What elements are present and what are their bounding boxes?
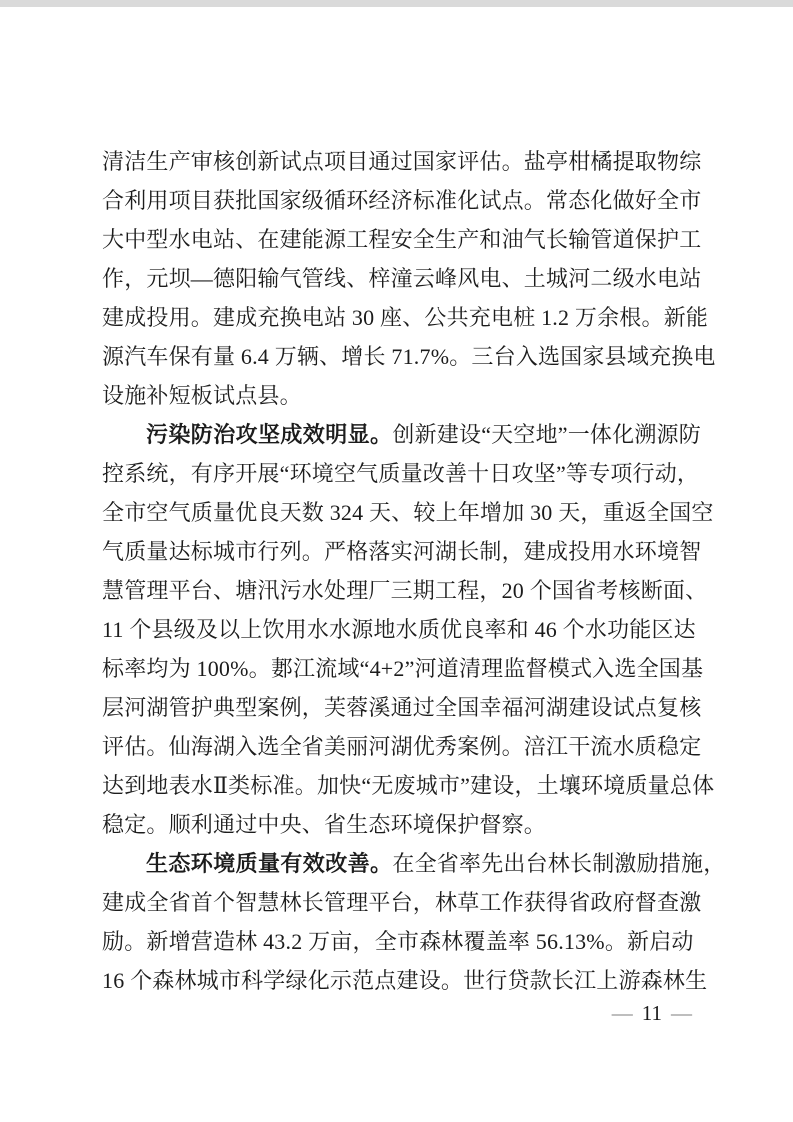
para-pollution-control: 污染防治攻坚成效明显。创新建设“天空地”一体化溯源防控系统，有序开展“环境空气质… [102,415,692,844]
text-line: 生态环境质量有效改善。在全省率先出台林长制激励措施， [102,844,692,883]
text-line: 达到地表水Ⅱ类标准。加快“无废城市”建设，土壤环境质量总体 [102,766,692,805]
text-line: 作，元坝—德阳输气管线、梓潼云峰风电、土城河二级水电站 [102,259,692,298]
text-line: 16 个森林城市科学绿化示范点建设。世行贷款长江上游森林生 [102,961,692,1000]
text-line: 标率均为 100%。郪江流域“4+2”河道清理监督模式入选全国基 [102,649,692,688]
text-line: 设施补短板试点县。 [102,376,692,415]
text-line: 气质量达标城市行列。严格落实河湖长制，建成投用水环境智 [102,532,692,571]
document-body: 清洁生产审核创新试点项目通过国家评估。盐亭柑橘提取物综合利用项目获批国家级循环经… [102,142,692,1000]
paragraph-lead: 污染防治攻坚成效明显。 [146,422,392,447]
page-footer: —11— [102,1001,692,1026]
text-line: 层河湖管护典型案例，芙蓉溪通过全国幸福河湖建设试点复核 [102,688,692,727]
text-line: 大中型水电站、在建能源工程安全生产和油气长输管道保护工 [102,220,692,259]
text-line: 污染防治攻坚成效明显。创新建设“天空地”一体化溯源防 [102,415,692,454]
page-number-dash-right: — [671,1001,692,1025]
text-line: 慧管理平台、塘汛污水处理厂三期工程，20 个国省考核断面、 [102,571,692,610]
text-line: 励。新增营造林 43.2 万亩，全市森林覆盖率 56.13%。新启动 [102,922,692,961]
document-page: 清洁生产审核创新试点项目通过国家评估。盐亭柑橘提取物综合利用项目获批国家级循环经… [0,0,793,1122]
text-line: 控系统，有序开展“环境空气质量改善十日攻坚”等专项行动， [102,454,692,493]
page-number-dash-left: — [612,1001,633,1025]
text-line: 全市空气质量优良天数 324 天、较上年增加 30 天，重返全国空 [102,493,692,532]
text-line: 源汽车保有量 6.4 万辆、增长 71.7%。三台入选国家县域充换电 [102,337,692,376]
page-top-edge [0,0,793,7]
text-line: 11 个县级及以上饮用水水源地水质优良率和 46 个水功能区达 [102,610,692,649]
para-green-energy-continued: 清洁生产审核创新试点项目通过国家评估。盐亭柑橘提取物综合利用项目获批国家级循环经… [102,142,692,415]
text-line: 评估。仙海湖入选全省美丽河湖优秀案例。涪江干流水质稳定 [102,727,692,766]
text-line: 建成投用。建成充换电站 30 座、公共充电桩 1.2 万余根。新能 [102,298,692,337]
text-line: 清洁生产审核创新试点项目通过国家评估。盐亭柑橘提取物综 [102,142,692,181]
text-line: 建成全省首个智慧林长管理平台，林草工作获得省政府督查激 [102,883,692,922]
paragraph-lead: 生态环境质量有效改善。 [146,851,392,876]
text-line: 合利用项目获批国家级循环经济标准化试点。常态化做好全市 [102,181,692,220]
text-line: 稳定。顺利通过中央、省生态环境保护督察。 [102,805,692,844]
para-ecological-improvement: 生态环境质量有效改善。在全省率先出台林长制激励措施，建成全省首个智慧林长管理平台… [102,844,692,1000]
page-number: 11 [642,1001,662,1025]
